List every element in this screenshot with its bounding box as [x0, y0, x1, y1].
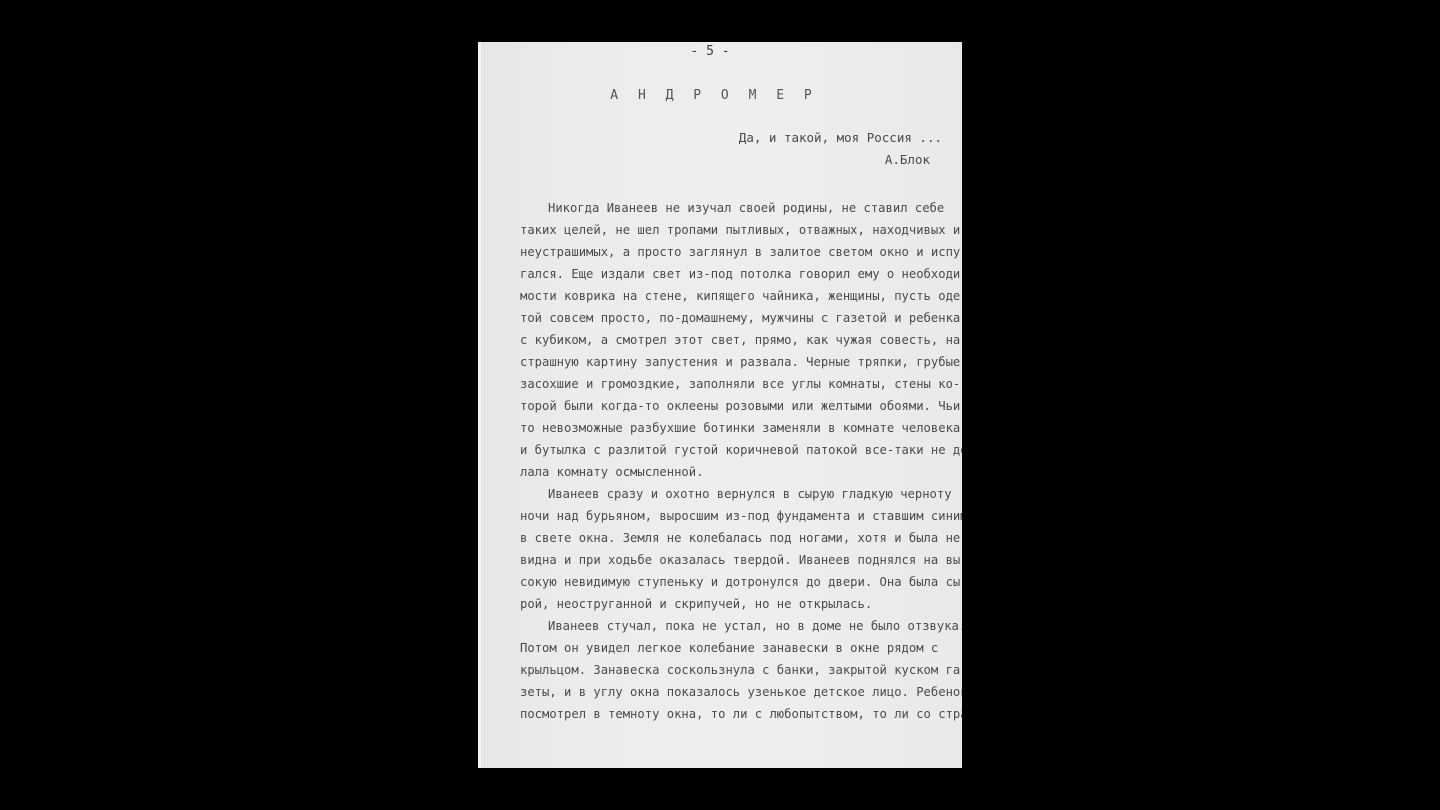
- text-line: Потом он увидел легкое колебание занавес…: [520, 637, 950, 659]
- text-line: лала комнату осмысленной.: [520, 461, 950, 483]
- text-line: гался. Еще издали свет из-под потолка го…: [520, 263, 950, 285]
- epigraph: Да, и такой, моя Россия ... А.Блок: [739, 127, 942, 171]
- text-line: крыльцом. Занавеска соскользнула с банки…: [520, 659, 950, 681]
- body-text: Никогда Иванеев не изучал своей родины, …: [520, 197, 950, 725]
- text-line: то невозможные разбухшие ботинки заменял…: [520, 417, 950, 439]
- document-page: - 5 - А Н Д Р О М Е Р Да, и такой, моя Р…: [478, 42, 962, 768]
- text-line: посмотрел в темноту окна, то ли с любопы…: [520, 703, 950, 725]
- text-line: видна и при ходьбе оказалась твердой. Ив…: [520, 549, 950, 571]
- text-line: торой были когда-то оклеены розовыми или…: [520, 395, 950, 417]
- text-line: страшную картину запустения и развала. Ч…: [520, 351, 950, 373]
- text-line: Никогда Иванеев не изучал своей родины, …: [520, 197, 950, 219]
- text-line: с кубиком, а смотрел этот свет, прямо, к…: [520, 329, 950, 351]
- text-line: Иванеев стучал, пока не устал, но в доме…: [520, 615, 950, 637]
- text-line: сокую невидимую ступеньку и дотронулся д…: [520, 571, 950, 593]
- epigraph-quote: Да, и такой, моя Россия ...: [739, 127, 942, 149]
- text-line: мости коврика на стене, кипящего чайника…: [520, 285, 950, 307]
- text-line: той совсем просто, по-домашнему, мужчины…: [520, 307, 950, 329]
- paragraph: Никогда Иванеев не изучал своей родины, …: [520, 197, 950, 483]
- text-line: засохшие и громоздкие, заполняли все угл…: [520, 373, 950, 395]
- epigraph-author: А.Блок: [739, 149, 942, 171]
- paragraph: Иванеев стучал, пока не устал, но в доме…: [520, 615, 950, 725]
- text-line: зеты, и в углу окна показалось узенькое …: [520, 681, 950, 703]
- text-line: ночи над бурьяном, выросшим из-под фунда…: [520, 505, 950, 527]
- text-line: в свете окна. Земля не колебалась под но…: [520, 527, 950, 549]
- text-line: таких целей, не шел тропами пытливых, от…: [520, 219, 950, 241]
- text-line: Иванеев сразу и охотно вернулся в сырую …: [520, 483, 950, 505]
- paragraph: Иванеев сразу и охотно вернулся в сырую …: [520, 483, 950, 615]
- text-line: неустрашимых, а просто заглянул в залито…: [520, 241, 950, 263]
- text-line: и бутылка с разлитой густой коричневой п…: [520, 439, 950, 461]
- page-number: - 5 -: [478, 44, 952, 59]
- chapter-title: А Н Д Р О М Е Р: [478, 88, 956, 103]
- document-viewer: - 5 - А Н Д Р О М Е Р Да, и такой, моя Р…: [0, 0, 1440, 810]
- text-line: рой, неоструганной и скрипучей, но не от…: [520, 593, 950, 615]
